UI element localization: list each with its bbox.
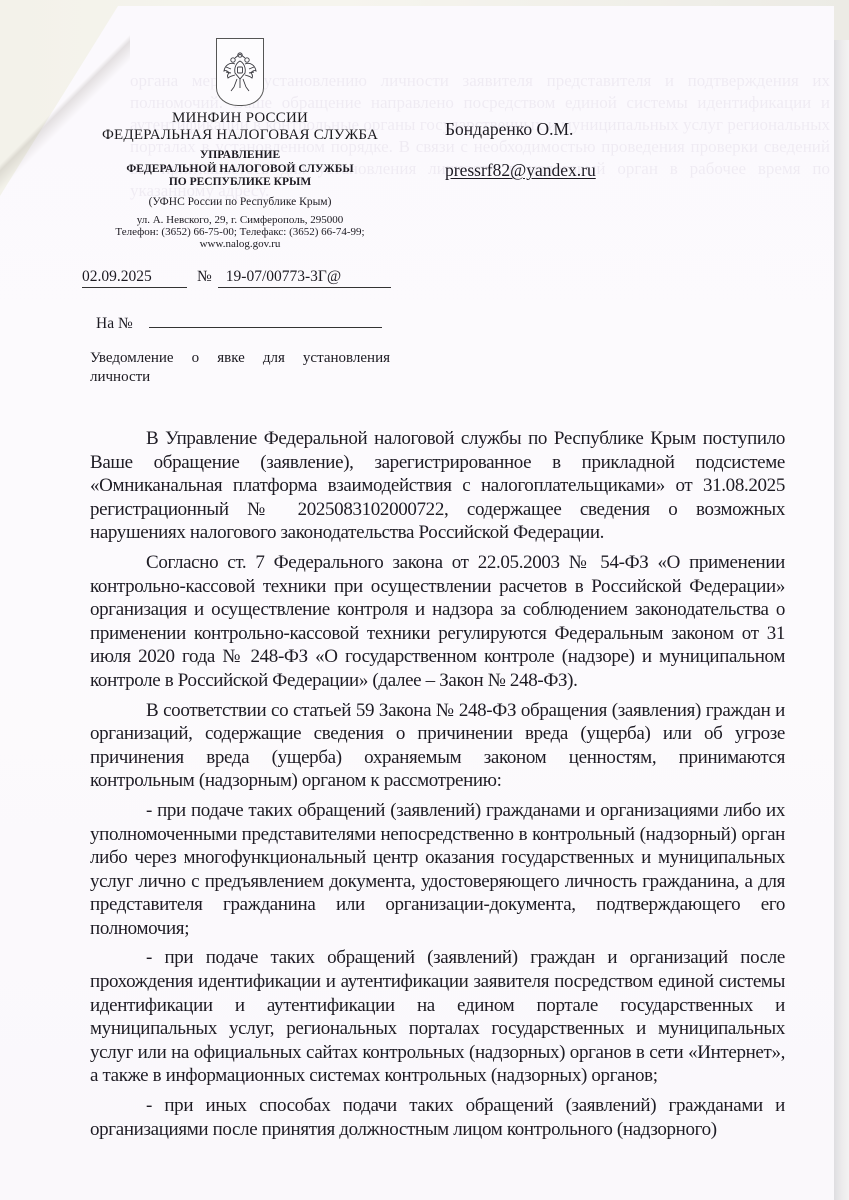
body-bullet-1: - при подаче таких обращений (заявлений)…: [90, 799, 785, 941]
body-bullet-3: - при иных способах подачи таких обращен…: [90, 1094, 785, 1141]
department-short-name: (УФНС России по Республике Крым): [90, 196, 390, 209]
body-paragraph-3: В соответствии со статьей 59 Закона № 24…: [90, 699, 785, 793]
postal-address: ул. А. Невского, 29, г. Симферополь, 295…: [90, 214, 390, 226]
department-line-1: УПРАВЛЕНИЕ: [90, 149, 390, 163]
department-line-2: ФЕДЕРАЛЬНОЙ НАЛОГОВОЙ СЛУЖБЫ: [90, 163, 390, 177]
incoming-reference: На №: [96, 313, 382, 333]
outgoing-reference: 02.09.2025 № 19-07/00773-3Г@: [82, 268, 391, 288]
department-name: УПРАВЛЕНИЕ ФЕДЕРАЛЬНОЙ НАЛОГОВОЙ СЛУЖБЫ …: [90, 149, 390, 190]
reply-to-label: На №: [96, 315, 133, 333]
letter-body: В Управление Федеральной налоговой служб…: [90, 427, 785, 1147]
letterhead: МИНФИН РОССИИ ФЕДЕРАЛЬНАЯ НАЛОГОВАЯ СЛУЖ…: [90, 38, 390, 250]
body-paragraph-1: В Управление Федеральной налоговой служб…: [90, 427, 785, 545]
phone-numbers: Телефон: (3652) 66-75-00; Телефакс: (365…: [90, 226, 390, 238]
addressee-name: Бондаренко О.М.: [445, 118, 596, 140]
addressee-block: Бондаренко О.М. pressrf82@yandex.ru: [445, 118, 596, 181]
ministry-name: МИНФИН РОССИИ: [90, 110, 390, 127]
service-name: ФЕДЕРАЛЬНАЯ НАЛОГОВАЯ СЛУЖБА: [90, 127, 390, 144]
reply-to-blank: [149, 313, 382, 328]
number-label: №: [197, 268, 212, 286]
body-paragraph-2: Согласно ст. 7 Федерального закона от 22…: [90, 551, 785, 693]
document-date: 02.09.2025: [82, 268, 187, 288]
document-subject: Уведомление о явке для установления личн…: [90, 349, 390, 387]
department-line-3: ПО РЕСПУБЛИКЕ КРЫМ: [90, 176, 390, 190]
addressee-email-link[interactable]: pressrf82@yandex.ru: [445, 160, 596, 181]
russian-coat-of-arms-icon: [216, 38, 264, 106]
contact-block: ул. А. Невского, 29, г. Симферополь, 295…: [90, 214, 390, 250]
website-link[interactable]: www.nalog.gov.ru: [90, 238, 390, 250]
body-bullet-2: - при подаче таких обращений (заявлений)…: [90, 946, 785, 1088]
document-number: 19-07/00773-3Г@: [218, 268, 391, 288]
